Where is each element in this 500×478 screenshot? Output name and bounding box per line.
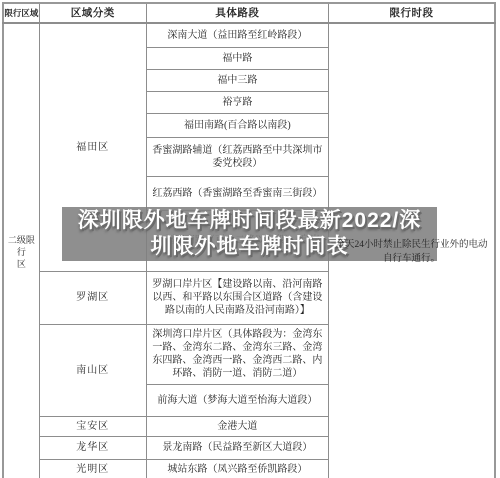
zone-line-2: 区	[4, 258, 39, 270]
road-cell: 福中三路	[146, 69, 328, 91]
watermark-title-line-1: 深圳限外地车牌时间段最新2022/深	[78, 208, 422, 234]
page: 限行区域 区域分类 具体路段 限行时段 二级限行 区 福田区 深南大道（益田路至…	[0, 0, 500, 478]
district-cell-luohu: 罗湖区	[39, 271, 146, 324]
road-cell: 城站东路（凤兴路至侨凯路段）	[146, 459, 328, 478]
district-cell-baoan: 宝安区	[39, 416, 146, 436]
road-cell: 深南大道（益田路至红岭路段）	[146, 23, 328, 47]
district-cell-nanshan: 南山区	[39, 324, 146, 416]
road-cell: 福中路	[146, 47, 328, 69]
road-cell: 罗湖口岸片区【建设路以南、沿河南路以西、和平路以东围合区道路（含建设路以南的人民…	[146, 271, 328, 324]
time-period-cell: 全天24小时禁止除民生行业外的电动自行车通行。	[329, 23, 495, 478]
district-cell-guangming: 光明区	[39, 459, 146, 478]
watermark-title-line-2: 圳限外地车牌时间表	[151, 234, 349, 260]
header-time-period: 限行时段	[329, 3, 495, 23]
road-cell: 前海大道（梦海大道至怡海大道段）	[146, 384, 328, 416]
road-cell: 景龙南路（民益路至新区大道段）	[146, 436, 328, 459]
road-cell: 红荔西路（香蜜湖路至香蜜南三街段）	[146, 176, 328, 210]
road-cell: 金港大道	[146, 416, 328, 436]
road-cell: 香蜜湖路辅道（红荔西路至中共深圳市委党校段）	[146, 137, 328, 176]
time-period-text: 全天24小时禁止除民生行业外的电动自行车通行。	[331, 238, 492, 266]
road-cell: 福田南路(百合路以南段)	[146, 113, 328, 137]
zone-cell: 二级限行 区	[3, 23, 39, 478]
header-area-category: 区域分类	[39, 3, 146, 23]
header-restriction-zone: 限行区域	[3, 3, 39, 23]
road-cell: 裕亨路	[146, 91, 328, 113]
district-cell-longhua: 龙华区	[39, 436, 146, 459]
zone-line-1: 二级限行	[4, 234, 39, 258]
header-road-sections: 具体路段	[146, 3, 328, 23]
table-header-row: 限行区域 区域分类 具体路段 限行时段	[3, 3, 495, 23]
table-row: 二级限行 区 福田区 深南大道（益田路至红岭路段） 全天24小时禁止除民生行业外…	[3, 23, 495, 47]
road-cell: 深圳湾口岸片区（具体路段为：金湾东一路、金湾东二路、金湾东三路、金湾东四路、金湾…	[146, 324, 328, 384]
